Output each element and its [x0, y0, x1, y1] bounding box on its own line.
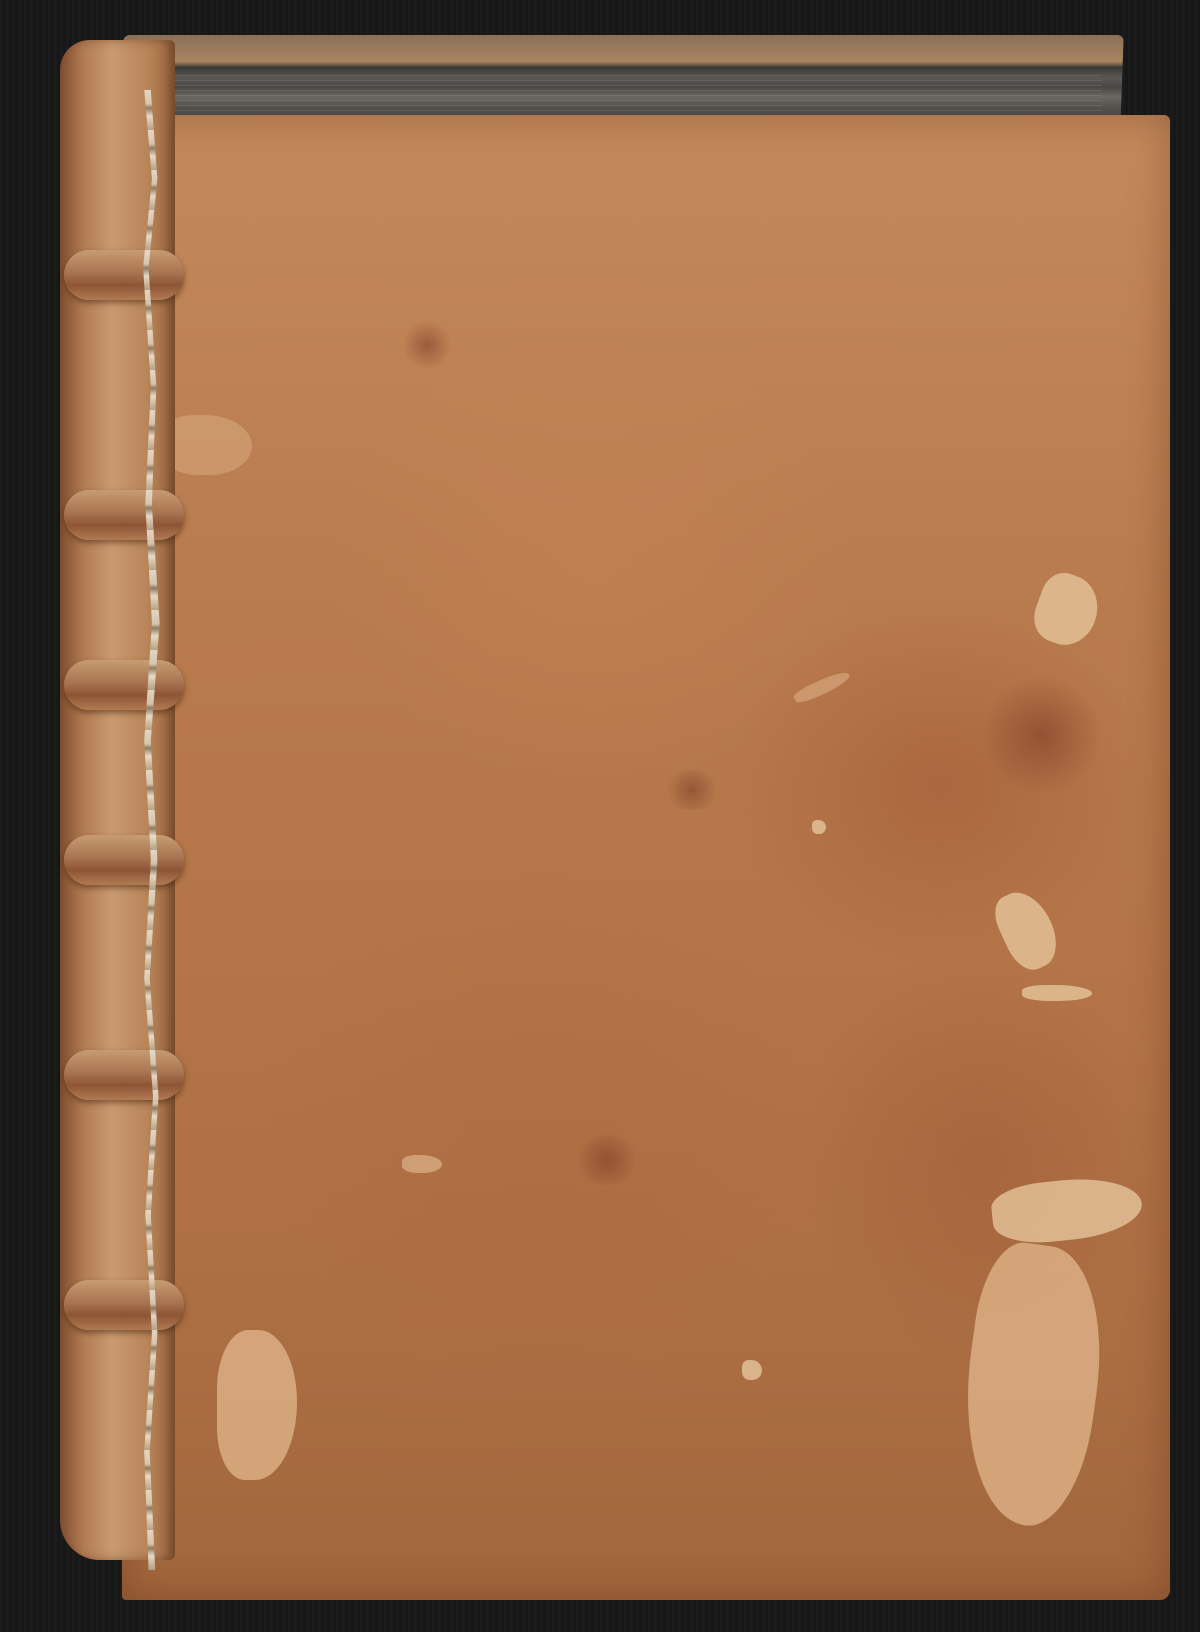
- spine-band: [64, 490, 184, 540]
- scuff-bottom-left: [217, 1330, 297, 1480]
- spine-band: [64, 1050, 184, 1100]
- stain: [572, 1135, 642, 1185]
- scuff-center-streak: [792, 668, 852, 706]
- scuff-center-small: [812, 820, 826, 834]
- scuff-right-mid: [987, 883, 1066, 977]
- scuff-right-lower-large: [989, 1172, 1144, 1247]
- spine: [60, 40, 175, 1560]
- scuff-lower-center: [742, 1360, 762, 1380]
- scuff-right-bottom: [948, 1237, 1116, 1532]
- stain: [662, 770, 722, 810]
- spine-band: [64, 835, 184, 885]
- scuff-left-mid: [402, 1155, 442, 1173]
- front-cover: [122, 115, 1170, 1600]
- spine-band: [64, 660, 184, 710]
- stain: [402, 320, 452, 370]
- scuff-top-left: [162, 415, 252, 475]
- spine-band: [64, 250, 184, 300]
- book: [52, 30, 1172, 1600]
- spine-band: [64, 1280, 184, 1330]
- stain: [982, 675, 1102, 795]
- scuff-right-upper: [1027, 567, 1107, 653]
- scuff-right-small: [1022, 985, 1092, 1001]
